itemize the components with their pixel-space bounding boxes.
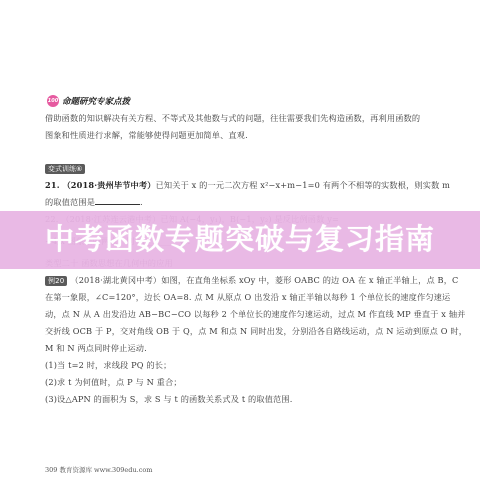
example-20-line4: 交折线 OCB 于 P，交对角线 OB 于 Q，点 M 和点 N 同时出发，分别…: [45, 326, 467, 337]
variant-training-badge: 变式训练⑥: [45, 164, 85, 174]
question-21-number: 21.: [45, 180, 60, 190]
question-21-source: （2018·贵州毕节中考）: [62, 180, 155, 190]
expert-tips-title: 命题研究专家点拨: [62, 95, 130, 107]
example-20-line5: M 和 N 两点同时停止运动.: [45, 343, 147, 354]
question-21-line2: 的取值范围是.: [45, 196, 143, 208]
example-20-sub3: (3)设△APN 的面积为 S，求 S 与 t 的函数关系式及 t 的取值范围.: [45, 394, 292, 405]
expert-paragraph-line2: 图象和性质进行求解，常能够使得问题更加简单、直观.: [45, 130, 248, 141]
example-20-badge: 例20: [45, 276, 67, 286]
example-20-line1: 例20（2018·湖北黄冈中考）如图，在直角坐标系 xOy 中，菱形 OABC …: [45, 275, 458, 286]
expert-tips-header: 100 命题研究专家点拨: [47, 94, 130, 108]
question-21-text: 已知关于 x 的一元二次方程 x²−x+m−1=0 有两个不相等的实数根，则实数…: [156, 180, 451, 190]
example-20-line2: 在第一象限，∠C=120°，边长 OA=8. 点 M 从原点 O 出发沿 x 轴…: [45, 292, 450, 303]
example-20-sub2: (2)求 t 为何值时，点 P 与 N 重合；: [45, 377, 182, 388]
answer-blank: [95, 196, 140, 205]
banner-title: 中考函数专题突破与复习指南: [0, 222, 480, 256]
page-footer: 309 教育资源库 www.309edu.com: [45, 465, 152, 474]
expert-badge-icon: 100: [47, 95, 59, 107]
example-20-text1: （2018·湖北黄冈中考）如图，在直角坐标系 xOy 中，菱形 OABC 的边 …: [70, 275, 458, 285]
question-21-line1: 21. （2018·贵州毕节中考）已知关于 x 的一元二次方程 x²−x+m−1…: [45, 180, 450, 191]
example-20-sub1: (1)当 t=2 时，求线段 PQ 的长；: [45, 360, 171, 371]
example-20-line3: 动，点 N 从 A 出发沿边 AB−BC−CO 以每秒 2 个单位长的速度作匀速…: [45, 309, 466, 320]
question-21-prefix: 的取值范围是: [45, 197, 95, 207]
question-21-suffix: .: [140, 197, 143, 207]
expert-paragraph-line1: 借助函数的知识解决有关方程、不等式及其他数与式的问题，往往需要我们先构造函数，再…: [45, 113, 420, 124]
document-page: 100 命题研究专家点拨 借助函数的知识解决有关方程、不等式及其他数与式的问题，…: [0, 0, 480, 480]
